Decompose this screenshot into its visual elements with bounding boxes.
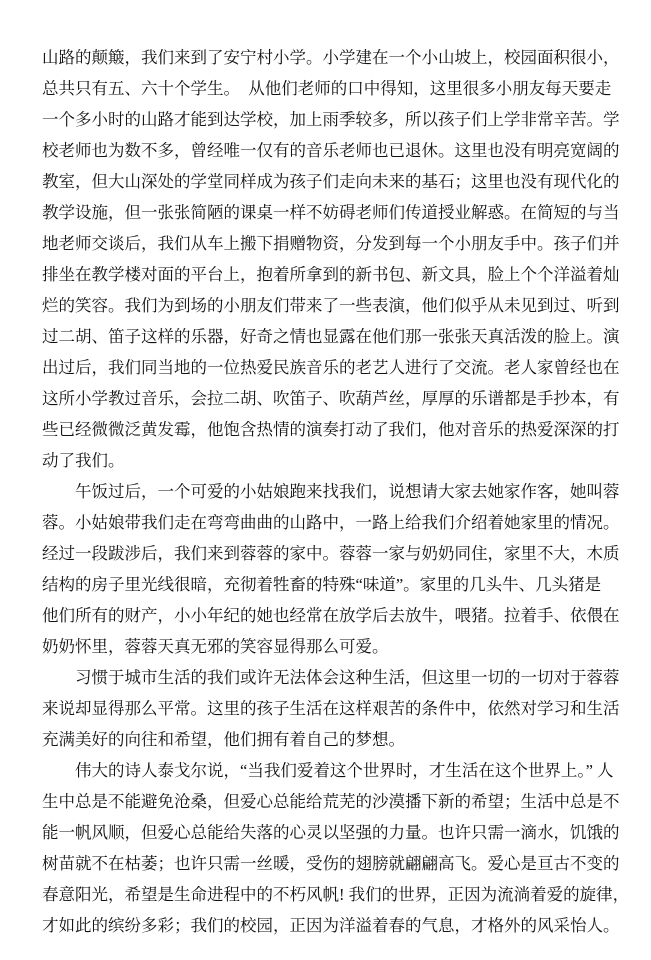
text-line: 充满美好的向往和希望，他们拥有着自己的梦想。: [42, 724, 624, 755]
text-line: 才如此的缤纷多彩；我们的校园，正因为洋溢着春的气息，才格外的风采怡人。: [42, 910, 624, 941]
text-line: 奶奶怀里，蓉蓉天真无邪的笑容显得那么可爱。: [42, 631, 624, 662]
text-line: 蓉。小姑娘带我们走在弯弯曲曲的山路中，一路上给我们介绍着她家里的情况。: [42, 507, 624, 538]
text-line: 他们所有的财产，小小年纪的她也经常在放学后去放牛，喂猪。拉着手、依偎在: [42, 600, 624, 631]
text-line: 来说却显得那么平常。这里的孩子生活在这样艰苦的条件中，依然对学习和生活: [42, 693, 624, 724]
document-body: 山路的颠簸，我们来到了安宁村小学。小学建在一个小山坡上，校园面积很小，总共只有五…: [42, 42, 624, 941]
text-line: 结构的房子里光线很暗，充彻着牲畜的特殊“味道”。家里的几头牛、几头猪是: [42, 569, 624, 600]
document-page: 山路的颠簸，我们来到了安宁村小学。小学建在一个小山坡上，校园面积很小，总共只有五…: [0, 0, 651, 960]
text-line: 山路的颠簸，我们来到了安宁村小学。小学建在一个小山坡上，校园面积很小，: [42, 42, 624, 73]
text-line: 排坐在教学楼对面的平台上，抱着所拿到的新书包、新文具，脸上个个洋溢着灿: [42, 259, 624, 290]
text-line: 一个多小时的山路才能到达学校，加上雨季较多，所以孩子们上学非常辛苦。学: [42, 104, 624, 135]
text-line: 这所小学教过音乐，会拉二胡、吹笛子、吹葫芦丝，厚厚的乐谱都是手抄本，有: [42, 383, 624, 414]
text-line: 春意阳光，希望是生命进程中的不朽风帆! 我们的世界，正因为流淌着爱的旋律，: [42, 879, 624, 910]
text-line: 伟大的诗人泰戈尔说，“当我们爱着这个世界时，才生活在这个世界上。” 人: [42, 755, 624, 786]
text-line: 动了我们。: [42, 445, 624, 476]
text-line: 烂的笑容。我们为到场的小朋友们带来了一些表演，他们似乎从未见到过、听到: [42, 290, 624, 321]
text-line: 出过后，我们同当地的一位热爱民族音乐的老艺人进行了交流。老人家曾经也在: [42, 352, 624, 383]
text-line: 教学设施，但一张张简陋的课桌一样不妨碍老师们传道授业解惑。在简短的与当: [42, 197, 624, 228]
text-line: 教室，但大山深处的学堂同样成为孩子们走向未来的基石；这里也没有现代化的: [42, 166, 624, 197]
text-line: 总共只有五、六十个学生。 从他们老师的口中得知，这里很多小朋友每天要走: [42, 73, 624, 104]
text-line: 生中总是不能避免沧桑，但爱心总能给荒芜的沙漠播下新的希望；生活中总是不: [42, 786, 624, 817]
text-line: 习惯于城市生活的我们或许无法体会这种生活，但这里一切的一切对于蓉蓉: [42, 662, 624, 693]
text-line: 能一帆风顺，但爱心总能给失落的心灵以坚强的力量。也许只需一滴水，饥饿的: [42, 817, 624, 848]
text-line: 午饭过后，一个可爱的小姑娘跑来找我们，说想请大家去她家作客，她叫蓉: [42, 476, 624, 507]
text-line: 校老师也为数不多，曾经唯一仅有的音乐老师也已退休。这里也没有明亮宽阔的: [42, 135, 624, 166]
text-line: 树苗就不在枯萎；也许只需一丝暖，受伤的翅膀就翩翩高飞。爱心是亘古不变的: [42, 848, 624, 879]
text-line: 地老师交谈后，我们从车上搬下捐赠物资，分发到每一个小朋友手中。孩子们并: [42, 228, 624, 259]
text-line: 过二胡、笛子这样的乐器，好奇之情也显露在他们那一张张天真活泼的脸上。演: [42, 321, 624, 352]
text-line: 经过一段跋涉后，我们来到蓉蓉的家中。蓉蓉一家与奶奶同住，家里不大，木质: [42, 538, 624, 569]
text-line: 些已经微微泛黄发霉，他饱含热情的演奏打动了我们，他对音乐的热爱深深的打: [42, 414, 624, 445]
